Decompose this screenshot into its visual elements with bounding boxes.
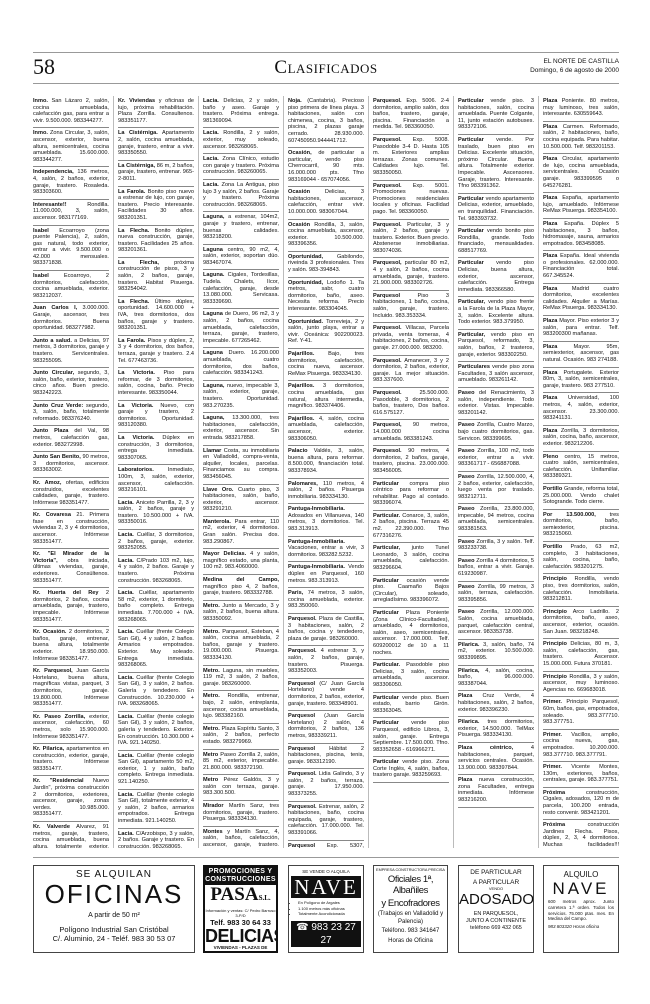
listing-text: vende. Por traslado, buen piso en Delici… — [458, 137, 534, 189]
listing-keyword: Lacia. — [118, 500, 134, 506]
listing-keyword: Plaza — [543, 221, 557, 227]
listing-keyword: Metro. — [203, 668, 220, 674]
classified-listing: Parquesol. Exp. 5006. 2-4 dormitorios, a… — [373, 96, 449, 135]
classified-listing: Por 13.500.000, tres dormitorios, baño, … — [543, 510, 619, 542]
listing-text: Plaza Poniente (Zona Clínico-Facultades)… — [373, 610, 449, 656]
listing-keyword: Junto Circular, — [33, 370, 74, 376]
classified-listing: Particular ocasión vende piso. Caamaño B… — [373, 576, 449, 608]
listing-text: Cuéllar (frente Colegio San Gil), 4 y sa… — [118, 629, 194, 668]
listing-keyword: Kr. Amoz, — [33, 480, 61, 486]
ad-empresa-constructora: EMPRESA CONSTRUCTORA PRECISA Oficiales 1… — [373, 865, 448, 953]
listing-keyword: Particular — [458, 228, 484, 234]
listing-keyword: Plaza — [543, 124, 557, 130]
classified-listing: Plaza nueva construcción, zona Facultade… — [458, 775, 534, 807]
ad-empresa-phone: Teléfono. 983 341647 — [374, 928, 447, 936]
classified-listing: Paseo Zorrilla, 3 y salón. Telf. 9832337… — [458, 537, 534, 556]
listing-keyword: Plaza — [543, 370, 557, 376]
ad-oficinas-size: A partir de 50 m² — [34, 912, 194, 919]
classified-listing: Plaza Mayor. 95m, semiexterior, ascensor… — [543, 342, 619, 368]
classified-listing: Paseo Zorrilla, 12.500.000, 4, 2 baños, … — [458, 472, 534, 504]
listing-text: Vacaciones, entrar a vivir, 3 dormitorio… — [288, 545, 364, 558]
classified-listing: Particulares vende piso zona Facultades,… — [458, 362, 534, 388]
listing-keyword: Pajarillos. — [288, 383, 314, 389]
listing-keyword: Parquesol. — [373, 448, 402, 454]
classified-listing: Laguna, nuevo, impecable 3, salón, exter… — [203, 381, 279, 413]
classified-listing: Lacia. Delicias, 2 y salón, baño y aseo.… — [203, 96, 279, 128]
classified-listing: Kr. "El Mirador de la Victoria", obra in… — [33, 549, 109, 588]
listing-keyword: Principio — [543, 674, 567, 680]
classified-listing: Junto Plaza del Val, 98 metros, calefacc… — [33, 426, 109, 452]
listing-keyword: La Flecha, — [118, 260, 159, 266]
classified-listing: Próxima construcción Jardines Flecha. Pi… — [543, 820, 619, 848]
ad-pasa-logo: PASAS.L. — [205, 885, 276, 908]
classified-listing: Laguna, 13.300.000, tres habitaciones, c… — [203, 413, 279, 445]
listing-keyword: Palomares, — [288, 481, 318, 487]
listing-keyword: Particular — [373, 610, 399, 616]
classified-listing: Laguna centro, 90 m2, 4, salón, exterior… — [203, 245, 279, 271]
listing-keyword: Parquesol. — [373, 98, 402, 104]
classified-listing: Pleno centro, 15 metros, cuatro salón, s… — [543, 452, 619, 484]
classified-listing: Medina del Campo, magnífico piso 4, 2 ba… — [203, 575, 279, 601]
classified-listing: Particular, vendo piso frente a la Farol… — [458, 297, 534, 329]
classified-listing: Oportunidad, Gabilondo, riveinda 3 profe… — [288, 252, 364, 278]
classified-listing: Parquesol. Amanecer, 3 y 2 dormitorios, … — [373, 356, 449, 388]
phone-icon: ☎ — [296, 922, 311, 933]
classified-listing: Pantuga-Inmobiliaria. Adosados en Villan… — [288, 504, 364, 536]
classified-listing: Junto Circular, segundo, 3, salón, baño,… — [33, 368, 109, 400]
ad-nave-venta-bullets: En Polígono de Argales 1.100 metros más … — [298, 900, 363, 917]
listing-keyword: Isabel — [33, 228, 49, 234]
listing-keyword: Kr. Valverde — [33, 824, 70, 830]
listing-keyword: Parquesol. — [373, 183, 402, 189]
classified-listing: Metro Paseo Zorrilla 2, salón, 85 m2, ex… — [203, 750, 279, 776]
classified-listing: Kr. Pilarica, apartamentos en construcci… — [33, 744, 109, 776]
ad-pasa-name: PASA — [210, 884, 258, 905]
listing-keyword: Kr. Covaresa — [33, 512, 71, 518]
listing-keyword: Portillo — [543, 486, 562, 492]
classified-listing: Plaza Poniente. 80 metros, muy luminoso,… — [543, 96, 619, 122]
classified-listing: Principio Rondilla, vendo piso, tres dor… — [543, 574, 619, 606]
classified-listing: Ocasión Rondilla, 3, salón, cocina amueb… — [288, 220, 364, 252]
listing-keyword: Pantuga-Inmobiliaria. — [288, 539, 345, 545]
ad-empresa-line3: (Trabajos en Valladolid y Palencia) — [374, 911, 447, 926]
ads-divider — [33, 857, 619, 858]
listing-keyword: Paseo — [458, 390, 474, 396]
listing-keyword: La Victoria. — [118, 403, 153, 409]
classified-listing: Pajarillos. 4, salón, cocina amueblada, … — [288, 414, 364, 446]
listing-text: Exp. 5008. Pasodoble 3-4 D. Hasta 105 m.… — [373, 137, 449, 176]
listing-keyword: Lacia. — [203, 130, 219, 136]
classified-listing: Juan Carlos I, 3.000.000. Garaje, ascens… — [33, 303, 109, 335]
classified-listing: Kr. Paseo Zorrilla, exterior, ascensor, … — [33, 712, 109, 744]
listing-keyword: Lacia. — [118, 792, 134, 798]
listing-keyword: Mirador — [203, 803, 224, 809]
listing-text: Adosados en Villanueva, 140 metros, 3 do… — [288, 513, 364, 532]
classified-listing: Particular. Pasodoble piso Delicias, 3 s… — [373, 660, 449, 692]
classified-listing: Lacia. Zona La Antigua, piso lujo 3 y sa… — [203, 180, 279, 212]
classified-listing: Oportunidad, Lodoño 1. Ta metros, sabr, … — [288, 278, 364, 317]
ad-empresa-line1: Oficiales 1ª, Albañiles — [374, 874, 447, 896]
ad-adosado-line2: A PARTICULAR — [459, 879, 533, 886]
column-6: Particular vende piso. 3 habitaciones, s… — [454, 96, 539, 848]
ad-oficinas-address: Polígono Industrial San Cristóbal C/. Al… — [34, 925, 194, 943]
classified-columns: Inmo. San Lázaro 2, salón, cocina amuebl… — [33, 96, 619, 848]
classified-listing: Particular vendo piso Delicias, buena al… — [458, 258, 534, 297]
classified-listing: Primer. Principio Parquesol, 60m, baños,… — [543, 697, 619, 729]
ad-nave-alquiler-phone: 983 803320 Horas oficina — [544, 923, 618, 931]
listing-keyword: Inmo. — [33, 130, 48, 136]
ad-adosado-headline: ADOSADO — [459, 891, 533, 908]
listing-keyword: Oportunidad, — [288, 280, 323, 286]
classified-listing: Lacia. Cuéllar (frente colegio San Gil),… — [118, 790, 194, 829]
listing-keyword: Parquesol, — [373, 260, 402, 266]
listing-keyword: Particular — [373, 759, 399, 765]
classified-listing: Lacia. Cuéllar (frente Colegio San Gil),… — [118, 673, 194, 712]
listing-keyword: Ocasión — [288, 222, 310, 228]
classified-listing: Paris, 74 metros, 3 salón, cocina amuebl… — [288, 588, 364, 614]
listing-keyword: Montes — [203, 829, 223, 835]
listing-keyword: Ocasión — [288, 189, 310, 195]
classified-listing: Particular vende piso Parquesol, edifici… — [373, 718, 449, 757]
listing-keyword: Junto a salud. — [33, 338, 72, 344]
listing-text: Nuevo Jardín", próxima construcción 2 do… — [33, 778, 109, 817]
classified-listing: Isabel Ecoarroyo (zona puente Palencia),… — [33, 226, 109, 272]
classified-listing: Pajarillos. 3 dormitorios, cocina amuebl… — [288, 381, 364, 413]
ad-nave-venta-top: SE VENDE O ALQUILA — [289, 869, 363, 874]
classified-listing: Plaza Zorrilla, 3 dormitorios, salón, co… — [543, 426, 619, 452]
ad-empresa-hours: Horas de Oficina — [374, 938, 447, 946]
listing-keyword: Pajarillos. — [288, 416, 314, 422]
listing-keyword: Particular — [458, 98, 484, 104]
listing-keyword: Lacia. — [118, 714, 134, 720]
page-header: 58 Clasificados EL NORTE DE CASTILLA Dom… — [33, 52, 619, 84]
listing-keyword: Pajarillos. — [288, 351, 314, 357]
listing-keyword: Particular — [373, 481, 399, 487]
classified-listing: Parquesol Exp. 5307, vivienda construcci… — [288, 841, 364, 848]
ad-adosado-line5: EN PARQUESOL, — [459, 911, 533, 918]
classified-listing: Parquesol (C/ Juan García Hortelano) ven… — [288, 679, 364, 711]
classified-listing: Kr. "Residencial Nuevo Jardín", próxima … — [33, 776, 109, 822]
classified-listing: Noja. (Cantabria). Precioso piso primera… — [288, 96, 364, 148]
listing-keyword: Medina del Campo, — [203, 577, 279, 583]
classified-listing: Parquesol. Plaza de Castilla, 3 habitaci… — [288, 614, 364, 646]
classified-listing: Parquesol. 90 metros, 4 dormitorios, 2 b… — [373, 446, 449, 478]
listing-keyword: Parquesol. — [373, 137, 402, 143]
listing-keyword: Kr. Ocasión. — [33, 629, 66, 635]
classified-listing: Plaza Madrid cuatro dormitorios, excelen… — [543, 284, 619, 316]
listing-keyword: Kr. Parquesol, — [33, 668, 73, 674]
listing-keyword: Pantuga-Inmobiliaria. — [288, 506, 345, 512]
listing-keyword: Principio — [543, 609, 567, 615]
listing-keyword: Particular — [373, 720, 399, 726]
listing-keyword: Lacia. — [118, 590, 134, 596]
classified-listing: Particular Plaza Poniente (Zona Clínico-… — [373, 608, 449, 660]
classified-listing: Plaza Universidad, 100 metros, 4, salón,… — [543, 393, 619, 425]
listing-keyword: Parquesol — [288, 681, 315, 687]
listing-keyword: Interesante!! — [33, 202, 67, 208]
classified-listing: Llamar Costa, su inmobiliaria en Vallado… — [203, 446, 279, 485]
listing-keyword: Paseo — [458, 609, 474, 615]
classified-listing: Plaza España, apartamento lujo, amueblad… — [543, 193, 619, 219]
listing-keyword: Llave Oro. — [203, 487, 233, 493]
classified-listing: Parquesol. Particular, 3 y salón, 2 baño… — [373, 220, 449, 259]
listing-keyword: Lacia. — [203, 182, 219, 188]
listing-keyword: Particular. — [373, 513, 400, 519]
listing-keyword: Parquesol. — [288, 616, 317, 622]
listing-keyword: Kr. Huerta del Rey — [33, 590, 99, 596]
classified-listing: Lacia. Zona Clínico, estudio con garaje … — [203, 154, 279, 180]
listing-keyword: Parquesol — [288, 843, 315, 848]
classified-listing: La Victoria. Nuevo, con garaje y traster… — [118, 401, 194, 433]
classified-listing: Inmo. Zona Circular, 3, salón, ascensor,… — [33, 128, 109, 167]
listing-keyword: Lacia. — [203, 98, 219, 104]
classified-listing: Particular vendo bonito piso Rondilla, g… — [458, 226, 534, 258]
classified-listing: Junto a salud. a Delicias, 97 metros, 3 … — [33, 336, 109, 368]
classified-listing: Particular vende piso. 3 habitaciones, s… — [458, 96, 534, 135]
classified-listing: Plaza céntrico, 4 habitaciones, parquet,… — [458, 743, 534, 775]
classified-listing: Pantuga-Inmobiliaria. Vacaciones, entrar… — [288, 537, 364, 563]
column-4: Noja. (Cantabria). Precioso piso primera… — [284, 96, 369, 848]
listing-keyword: La Farola. — [118, 338, 145, 344]
classified-listing: Lacia. C/Arzobispo, 3 y salón, 2 baños. … — [118, 829, 194, 848]
listing-keyword: La Victoria. — [118, 370, 155, 376]
listing-keyword: Próxima — [543, 790, 565, 796]
listing-keyword: Junto Plaza — [33, 428, 68, 434]
column-1: Inmo. San Lázaro 2, salón, cocina amuebl… — [33, 96, 114, 848]
classified-listing: Laguna Duero. 16.200.000 amueblada, cuat… — [203, 348, 279, 380]
listing-keyword: Junto Cruz Verde: — [33, 403, 83, 409]
listing-keyword: Kr. Viviendas — [118, 98, 155, 104]
classified-listing: Principio Delicias, 80 m, 3, salón, cale… — [543, 639, 619, 671]
classified-listing: La Farola. Pisos y dúplex, 2, 3 y 4 dorm… — [118, 336, 194, 368]
listing-keyword: La Flecha. — [118, 228, 149, 234]
ad-adosado-location: EN PARQUESOL, JUNTO A CONTINENTE teléfon… — [459, 911, 533, 932]
listing-keyword: Laguna. — [203, 272, 224, 278]
listing-keyword: Laguna — [203, 247, 223, 253]
classified-listing: Metro. Parquesol, Esteban, 4 salón, coci… — [203, 627, 279, 666]
listing-keyword: Juan Carlos I, — [33, 305, 77, 311]
listing-keyword: Parquesol. — [373, 222, 402, 228]
listing-keyword: Particular — [458, 196, 484, 202]
classified-listing: La Flecha. Bonito dúplex, nueva construc… — [118, 226, 194, 258]
listing-keyword: Particular. — [373, 662, 400, 668]
classified-listing: Oportunidad. Torrevieja, 2 y salón, junt… — [288, 317, 364, 349]
classified-listing: Plaza España. Dúplex 5 habitaciones, 3 b… — [543, 219, 619, 251]
classified-listing: Principio Arco Ladrillo. 2 dormitorios, … — [543, 607, 619, 639]
classified-listing: Interesante!! Rondilla. 11.000.000, 3, s… — [33, 200, 109, 226]
listing-keyword: Parquesol. — [373, 358, 402, 364]
classified-listing: Junto San Benito, 90 metros, 3 dormitori… — [33, 452, 109, 478]
classified-listing: Ocasión, de particular a particular, ven… — [288, 148, 364, 187]
listing-keyword: Principio — [543, 641, 567, 647]
classified-listing: Parquesol. Estrenar, salón, 2 habitacion… — [288, 802, 364, 841]
classified-listing: Paseo Zorrilla, 12.000.000. Salón, cocin… — [458, 607, 534, 639]
classified-listing: Metro. Rondilla, entrenar, bajo, 2 salón… — [203, 691, 279, 723]
listing-keyword: Parquesol — [288, 713, 315, 719]
listing-keyword: Inmo. — [33, 98, 48, 104]
classified-listing: Principio Rondilla, 3 y salón, ascensor,… — [543, 672, 619, 698]
classified-listing: Kr. Ocasión. 2 dormitorios, 2 baños, gar… — [33, 627, 109, 666]
listing-keyword: Noja. — [288, 98, 302, 104]
classified-listing: La Cistérniga, 86 m, 2 baños, garaje, tr… — [118, 161, 194, 187]
classified-listing: Paseo Zorrilla, 23.800.000, impecable, 9… — [458, 504, 534, 536]
classified-listing: Parquesol, particular 80 m2, 4 y salón, … — [373, 258, 449, 290]
classified-listing: La Flecha, próxima construcción de pisos… — [118, 258, 194, 297]
classified-listing: Metro. Laguna, sin muebles, 119 m2, 3 sa… — [203, 666, 279, 692]
listing-keyword: Paseo — [458, 584, 474, 590]
listing-keyword: Paris, — [288, 590, 303, 596]
classified-listing: La Farola. Bonito piso nuevo a estrenar … — [118, 187, 194, 226]
ad-empresa-top: EMPRESA CONSTRUCTORA PRECISA — [374, 868, 447, 872]
ad-pasa-info: Información y ventas: C/ Pedro Barruso 3… — [205, 908, 276, 918]
listing-keyword: Laguna, — [203, 383, 224, 389]
classified-listing: Plaza España. Ideal vivienda o profesion… — [543, 251, 619, 283]
ad-nave-venta-phone: ☎ 983 23 27 27 — [291, 921, 361, 947]
classified-listing: Particular, vendo piso en Parquesol, ref… — [458, 330, 534, 362]
listing-keyword: Pantuga-Inmobiliaria. — [288, 564, 345, 570]
listing-keyword: Lacia. — [118, 532, 134, 538]
newspaper-name: EL NORTE DE CASTILLA — [530, 57, 619, 66]
classified-listing: Plaza Portugalete. Exterior 80m, 3, saló… — [543, 368, 619, 394]
classified-listing: Pilarica, 4, salón, cocina, baño, 96.000… — [458, 666, 534, 692]
listing-keyword: Metro — [203, 777, 218, 783]
classified-listing: Inmo. San Lázaro 2, salón, cocina amuebl… — [33, 96, 109, 128]
classified-listing: Próxima construcción, Cigales, adosados,… — [543, 788, 619, 820]
classified-listing: Kr. Valverde Alvarez, 91 metros, garaje,… — [33, 822, 109, 848]
classified-listing: Metro. Junto a Mercado, 3 y salón, 2 bañ… — [203, 601, 279, 627]
listing-keyword: Manterola. — [203, 519, 231, 525]
ad-oficinas-location: Polígono Industrial San Cristóbal — [34, 925, 194, 934]
classified-listing: La Cistérniga. Apartamento 2, salón, coc… — [118, 128, 194, 160]
listing-keyword: Pilarica. — [458, 719, 479, 725]
classified-listing: Metro Pérez Galdós, 3 y salón con terraz… — [203, 775, 279, 801]
classified-listing: Mayor Delicias. 4 y salón, magnífico est… — [203, 549, 279, 575]
listing-keyword: Plaza — [458, 693, 472, 699]
classified-listing: Parquesol, 90 metros, 14.000.000 cocina … — [373, 420, 449, 446]
listing-keyword: Laguna — [203, 350, 223, 356]
ad-adosado: DE PARTICULAR A PARTICULAR VENDO ADOSADO… — [458, 865, 534, 953]
classified-listing: Plaza Carmen. Reformado, salón, 2 habita… — [543, 122, 619, 154]
listing-keyword: Ocasión, — [288, 150, 312, 156]
listing-keyword: Paseo — [458, 558, 474, 564]
classified-listing: Lacia. Rondilla, 2 y salón, exterior, mu… — [203, 128, 279, 154]
classified-listing: Laguna, a estrenar, 104m2, garaje y tras… — [203, 212, 279, 244]
ad-nave-alquiler-line1: ALQUILO — [544, 870, 618, 879]
listing-keyword: Kr. Paseo Zorrilla, — [33, 714, 85, 720]
classified-listing: Independencia, 136 metros, 4, salón, 2 b… — [33, 167, 109, 199]
listing-keyword: Metro — [203, 752, 218, 758]
listing-keyword: Lacia. — [203, 156, 219, 162]
classified-listing: Metro. Plaza Espíritu Santo, 3 salón, 2 … — [203, 724, 279, 750]
classified-listing: Ocasión Delicias, 3 habitaciones, ascens… — [288, 187, 364, 219]
listing-text: Juan García Hortelano, buena altura, mag… — [33, 668, 109, 707]
listing-keyword: Plaza — [543, 395, 557, 401]
ad-empresa-line2: y Encofradores — [374, 898, 447, 909]
listing-keyword: Metro. — [203, 726, 220, 732]
ad-nave-alquiler-headline: NAVE — [544, 879, 618, 898]
classified-listing: Parquesol. Villacas, Parcela privada, ve… — [373, 323, 449, 355]
classified-listing: Kr. Viviendas y oficinas de lujo, próxim… — [118, 96, 194, 128]
column-7: Plaza Poniente. 80 metros, muy luminoso,… — [539, 96, 619, 848]
listing-keyword: Plaza — [543, 428, 557, 434]
listing-keyword: Lacia. — [118, 675, 134, 681]
listing-keyword: Primer. — [543, 764, 562, 770]
classified-listing: Paseo Zorrilla, 100 m2, todo exterior, e… — [458, 446, 534, 472]
classified-listing: Kr. Huerta del Rey 2 dormitorios, 2 baño… — [33, 588, 109, 627]
listing-keyword: Plaza céntrico, — [458, 745, 513, 751]
listing-keyword: Particular — [458, 260, 484, 266]
listing-keyword: Isabel — [33, 273, 49, 279]
classified-listing: Plaza Circular, apartamento de lujo, coc… — [543, 154, 619, 193]
ad-pasa-foot: VIVIENDAS - PLAZAS DE GARAJE — [205, 945, 276, 953]
listing-keyword: Plaza — [543, 344, 557, 350]
classified-listing: Portillo Grande, reforma total, 25.000.0… — [543, 484, 619, 510]
classified-listing: Junto Cruz Verde: segundo, 3, salón, bañ… — [33, 401, 109, 427]
classified-listing: Parquesol. 25.500.000. Pasodoble, 3 dorm… — [373, 388, 449, 420]
classified-listing: Isabel Ecoarroyo, 2 dormitorios, calefac… — [33, 271, 109, 303]
listing-keyword: La Victoria. — [118, 435, 154, 441]
listing-keyword: Plaza — [543, 253, 557, 259]
classified-listing: Mirador Martín Sanz, tres dormitorios, g… — [203, 801, 279, 827]
listing-keyword: Laboratorios. — [118, 467, 154, 473]
classified-listing: Paseo Zorrilla, Cuatro Marzo, bajo cuatr… — [458, 420, 534, 446]
classified-listing: Parquesol. Exp. 5008. Pasodoble 3-4 D. H… — [373, 135, 449, 181]
classified-listing: Pilarica. 3, salón, baño, 74 m2, exterio… — [458, 640, 534, 666]
listing-keyword: Próxima — [543, 822, 565, 828]
listing-keyword: Paseo — [458, 448, 474, 454]
classified-listing: Pantuga-Inmobiliaria. Vendo dúplex en Pa… — [288, 562, 364, 588]
listing-keyword: Oportunidad, — [288, 254, 323, 260]
listing-keyword: La Farola. — [118, 189, 145, 195]
classified-listing: Laboratorios. Inmediato, 100m, 3, salón,… — [118, 465, 194, 497]
listing-keyword: Metro. — [203, 629, 220, 635]
classified-listing: Kr. Covaresa 21. Primera fase en constru… — [33, 510, 109, 549]
listing-keyword: Particular — [373, 578, 399, 584]
listing-keyword: Particulares — [458, 364, 490, 370]
listing-keyword: La Flecha. — [118, 299, 149, 305]
ad-nave-alquiler-body: 600 metros aprox. Junto carretera 1.ª or… — [544, 898, 618, 923]
listing-keyword: Parquesol, — [373, 422, 402, 428]
classified-listing: Paseo del Renacimiento, 3 salón, indepen… — [458, 388, 534, 420]
classified-listing: Lacia. Cuéllar (frente Colegio San Gil),… — [118, 627, 194, 673]
column-2: Kr. Viviendas y oficinas de lujo, próxim… — [114, 96, 199, 848]
listing-keyword: Parquesol. — [373, 325, 402, 331]
listing-keyword: Por 13.500.000, — [543, 512, 596, 518]
classified-listing: Primer. Vacillos, amplio, cocina nueva, … — [543, 730, 619, 762]
classified-listing: La Victoria. Piso para reformar, de 3 do… — [118, 368, 194, 400]
classified-listing: Palacio Valdés, 3, salón, buena altura, … — [288, 446, 364, 478]
ad-adosado-line1: DE PARTICULAR — [459, 869, 533, 876]
listing-keyword: Plaza — [543, 286, 557, 292]
ad-nave-venta-name: NAVE — [291, 876, 361, 898]
listing-keyword: Principio — [543, 576, 567, 582]
classified-listing: Pilarica. tres dormitorios, exterior, 14… — [458, 717, 534, 743]
listing-keyword: Independencia, — [33, 169, 74, 175]
listing-keyword: La Cistérniga, — [118, 163, 155, 169]
classified-listing: Parquesol. 4 estrenar 3, y salón, 2 baño… — [288, 646, 364, 678]
ad-oficinas: SE ALQUILAN OFICINAS A partir de 50 m² P… — [33, 865, 195, 953]
ad-oficinas-headline: OFICINAS — [34, 880, 194, 908]
listing-keyword: Particular, — [373, 545, 400, 551]
listing-text: Ecoarroyo (zona puente Palencia), 2, sal… — [33, 228, 109, 267]
listing-keyword: Kr. Pilarica, — [33, 746, 64, 752]
classified-listing: Montes y Martín Sanz, 4, salón, baños, c… — [203, 827, 279, 848]
listing-keyword: Paseo — [458, 506, 474, 512]
listing-keyword: Llamar — [203, 448, 221, 454]
classified-listing: Particular. Conarce, 3, salón, 2 baños, … — [373, 511, 449, 543]
listing-keyword: Plaza — [543, 156, 557, 162]
ad-nave-venta-phone-number: 983 23 27 27 — [311, 922, 356, 946]
